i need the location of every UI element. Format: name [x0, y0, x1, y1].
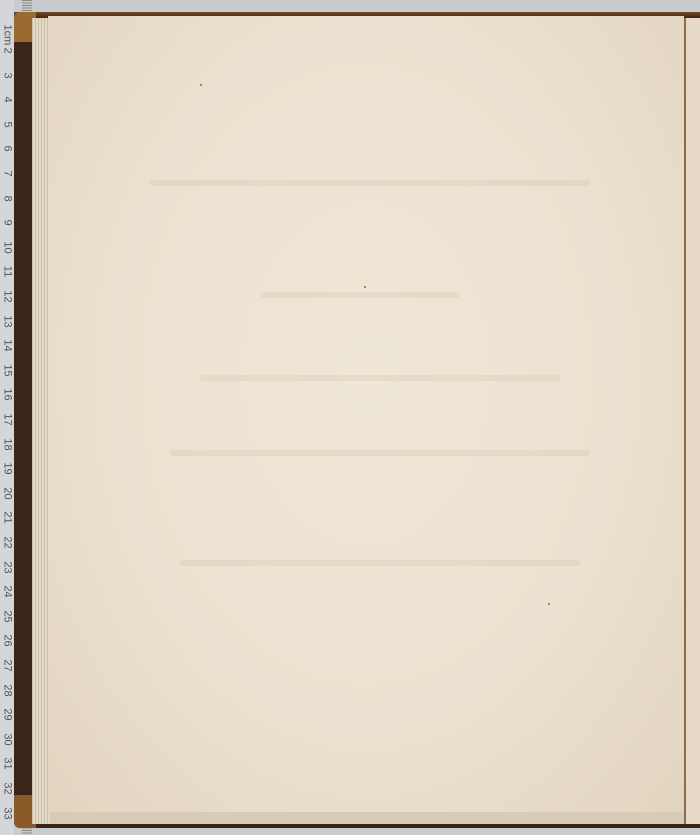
- ruler-mark: 16: [2, 388, 13, 402]
- paper-speck: [548, 603, 550, 605]
- adjacent-page: [684, 18, 700, 824]
- ruler-mark: 15: [2, 363, 13, 377]
- ruler-mark: 20: [2, 486, 13, 500]
- show-through-text: [200, 375, 560, 381]
- ruler-mark: 8: [2, 191, 13, 205]
- ruler-mark: 6: [2, 142, 13, 156]
- ruler-mark: 27: [2, 659, 13, 673]
- blank-page: [48, 16, 684, 812]
- ruler-mark: 12: [2, 290, 13, 304]
- ruler-mark: 24: [2, 585, 13, 599]
- ruler-mark: 3: [2, 68, 13, 82]
- ruler-mark: 13: [2, 314, 13, 328]
- ruler-mark: 23: [2, 560, 13, 574]
- ruler-mark: 10: [2, 240, 13, 254]
- ruler-mark: 14: [2, 339, 13, 353]
- ruler-mark: 18: [2, 437, 13, 451]
- ruler-mark: 17: [2, 413, 13, 427]
- ruler-mark: 7: [2, 167, 13, 181]
- ruler-mark: 9: [2, 216, 13, 230]
- ruler-mark: 21: [2, 511, 13, 525]
- ruler-mark: 25: [2, 609, 13, 623]
- ruler-mark: 31: [2, 757, 13, 771]
- paper-speck: [200, 84, 202, 86]
- ruler-mark: 22: [2, 536, 13, 550]
- ruler-mark: 5: [2, 117, 13, 131]
- ruler-mark: 33: [2, 806, 13, 820]
- ruler-unit-label: 1cm: [2, 25, 13, 39]
- ruler-mark: 28: [2, 683, 13, 697]
- ruler-mark: 4: [2, 93, 13, 107]
- show-through-text: [260, 292, 460, 298]
- ruler-mark: 11: [2, 265, 13, 279]
- show-through-text: [170, 450, 590, 456]
- ruler-mark: 29: [2, 708, 13, 722]
- ruler-mark: 30: [2, 732, 13, 746]
- show-through-text: [150, 180, 590, 186]
- ruler-mark: 32: [2, 782, 13, 796]
- ruler-mark: 26: [2, 634, 13, 648]
- ruler-mark: 2: [2, 44, 13, 58]
- paper-speck: [364, 286, 366, 288]
- show-through-text: [180, 560, 580, 566]
- ruler-mark: 19: [2, 462, 13, 476]
- measurement-ruler: 1cm2345678910111213141516171819202122232…: [0, 0, 14, 835]
